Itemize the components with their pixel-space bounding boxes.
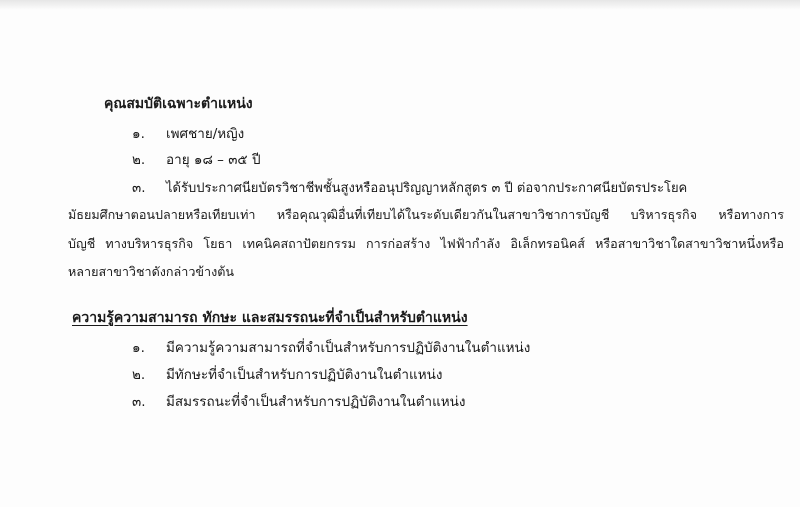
list-item: ๑.เพศชาย/หญิง — [132, 124, 244, 144]
section-heading-competencies: ความรู้ความสามารถ ทักษะ และสมรรถนะที่จำเ… — [72, 308, 468, 328]
document-page: คุณสมบัติเฉพาะตำแหน่ง ๑.เพศชาย/หญิง ๒.อา… — [0, 0, 800, 507]
item-number: ๑. — [132, 338, 166, 358]
item-number: ๓. — [132, 392, 166, 412]
item-text: ได้รับประกาศนียบัตรวิชาชีพชั้นสูงหรืออนุ… — [166, 181, 687, 196]
section-heading-qualifications: คุณสมบัติเฉพาะตำแหน่ง — [104, 94, 253, 114]
paragraph-continuation-line: บัญชี ทางบริหารธุรกิจ โยธา เทคนิคสถาปัตย… — [68, 234, 784, 254]
item-number: ๑. — [132, 124, 166, 144]
item-number: ๓. — [132, 178, 166, 198]
item-text: เพศชาย/หญิง — [166, 126, 244, 142]
list-item: ๓.มีสมรรถนะที่จำเป็นสำหรับการปฏิบัติงานใ… — [132, 392, 466, 412]
item-text: อายุ ๑๘ – ๓๕ ปี — [166, 152, 261, 168]
paragraph-continuation-line: มัธยมศึกษาตอนปลายหรือเทียบเท่า หรือคุณวุ… — [68, 205, 784, 225]
list-item: ๒.มีทักษะที่จำเป็นสำหรับการปฏิบัติงานในต… — [132, 365, 442, 385]
item-text: มีความรู้ความสามารถที่จำเป็นสำหรับการปฏิ… — [166, 340, 530, 356]
list-item: ๒.อายุ ๑๘ – ๓๕ ปี — [132, 150, 261, 170]
paragraph-continuation-line: หลายสาขาวิชาดังกล่าวข้างต้น — [68, 262, 234, 282]
list-item: ๑.มีความรู้ความสามารถที่จำเป็นสำหรับการป… — [132, 338, 530, 358]
item-number: ๒. — [132, 365, 166, 385]
list-item: ๓.ได้รับประกาศนียบัตรวิชาชีพชั้นสูงหรืออ… — [132, 178, 772, 199]
item-number: ๒. — [132, 150, 166, 170]
item-text: มีสมรรถนะที่จำเป็นสำหรับการปฏิบัติงานในต… — [166, 394, 466, 410]
item-text: มีทักษะที่จำเป็นสำหรับการปฏิบัติงานในตำแ… — [166, 367, 442, 383]
